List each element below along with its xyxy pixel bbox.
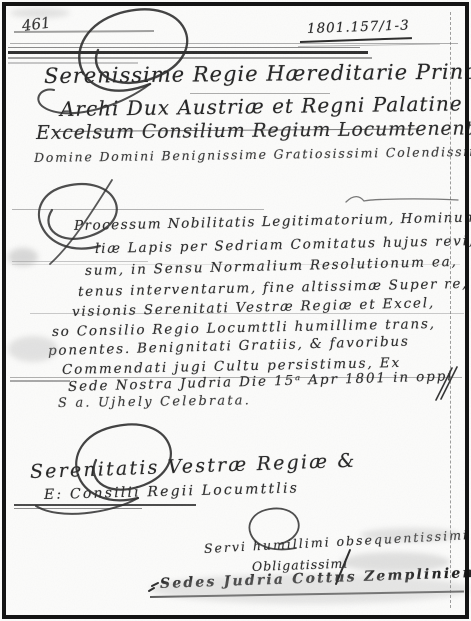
body-initial-p-flourish bbox=[39, 184, 117, 249]
salutation-line-2: Archi Dux Austriæ et Regni Palatine bbox=[60, 91, 463, 121]
margin-dashed-line bbox=[450, 12, 451, 608]
fold-line bbox=[10, 380, 70, 382]
body-line: sum, in Sensu Normalium Resolutionum ea, bbox=[85, 254, 458, 279]
closing-underline-heavy bbox=[14, 504, 196, 506]
scan-streak bbox=[8, 51, 368, 54]
salutation-line-4: Domine Domini Benignissime Gratiosissimi… bbox=[34, 144, 471, 165]
body-line: Processum Nobilitatis Legitimatorium, Ho… bbox=[74, 208, 471, 234]
body-line: liæ Lapis per Sedriam Comitatus hujus re… bbox=[95, 233, 471, 257]
scan-streak bbox=[8, 57, 372, 59]
closing-line-1: Serenitatis Vestræ Regiæ & bbox=[30, 450, 357, 483]
document-page: 461 1801.157/1-3 Serenissime Regie Hæred… bbox=[0, 0, 471, 621]
page-number: 461 bbox=[21, 14, 52, 35]
closing-line-2: E: Consilii Regii Locumttlis bbox=[44, 480, 299, 503]
reference-underline-faint bbox=[298, 44, 440, 47]
body-line: S a. Ujhely Celebrata. bbox=[58, 393, 251, 411]
salutation-line-3: Excelsum Consilium Regium Locumtenential… bbox=[36, 117, 471, 144]
salutation-line-1: Serenissime Regie Hæreditarie Princeps bbox=[44, 59, 471, 88]
archival-reference: 1801.157/1-3 bbox=[307, 17, 410, 37]
fold-line bbox=[12, 209, 264, 210]
signature-line-1: Servi humillimi obsequentissimi bbox=[204, 527, 470, 556]
sedes-prefix-mark bbox=[149, 583, 158, 591]
closing-underline-light bbox=[14, 508, 142, 509]
scan-streak bbox=[8, 47, 360, 48]
header-squiggle bbox=[346, 197, 458, 202]
signature-underline bbox=[150, 591, 464, 598]
